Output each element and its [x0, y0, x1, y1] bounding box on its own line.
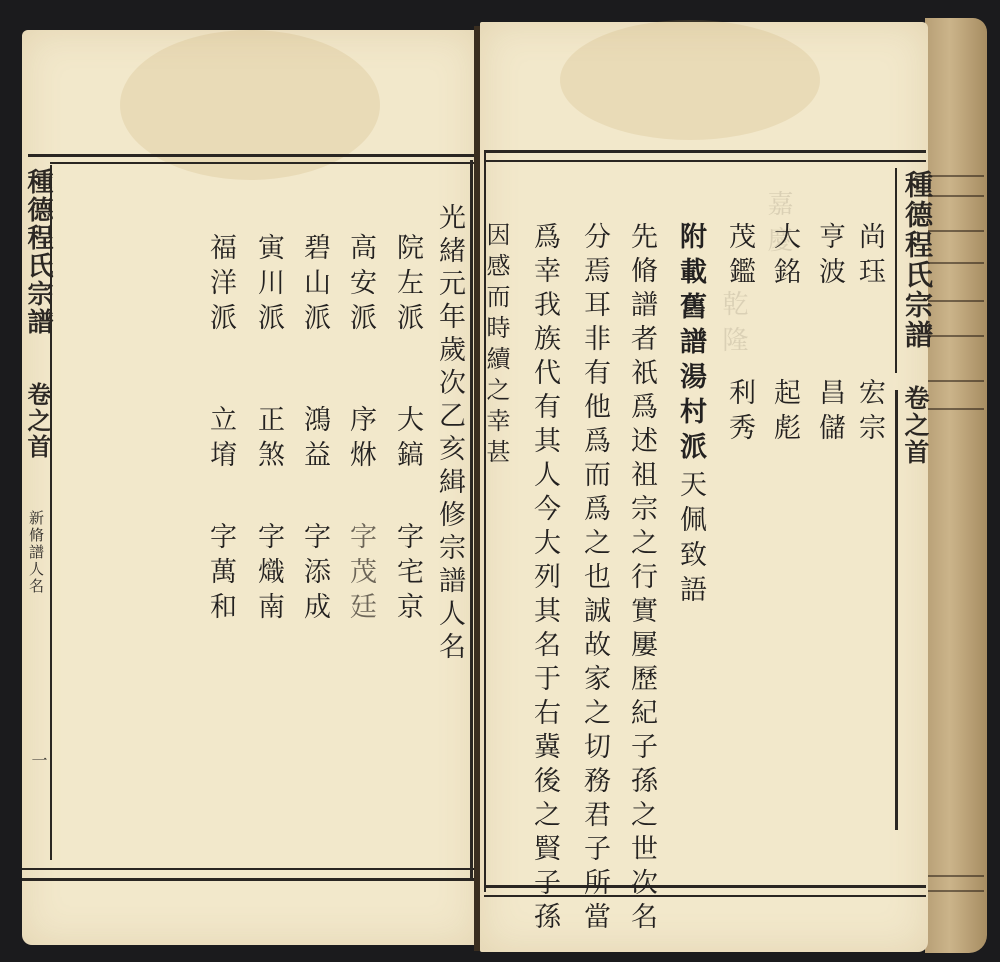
edge-stripe [928, 875, 984, 877]
edge-stripe [928, 408, 984, 410]
page-number: 一 [30, 752, 46, 770]
name-top: 亨波 [816, 222, 843, 292]
member-name: 序烌 [347, 405, 374, 475]
member-name: 鴻益 [301, 405, 328, 475]
water-stain [120, 30, 380, 180]
book-title-banner: 種德程氏宗譜 [897, 170, 937, 350]
branch-name: 福洋派 [207, 233, 234, 338]
left-heading: 光緒元年歲次乙亥緝修宗譜人名 [436, 203, 463, 665]
name-top: 茂鑑 [726, 222, 753, 292]
top-border-rule [484, 150, 926, 153]
name-top: 大銘 [771, 222, 798, 292]
bottom-border-rule [22, 868, 474, 870]
edge-stripe [928, 890, 984, 892]
appended-author: 天佩致語 [677, 470, 704, 610]
member-name: 正煞 [255, 405, 282, 475]
bottom-border-outer-rule [22, 878, 474, 881]
appended-branch-heading: 附載舊譜湯村派 [677, 222, 704, 467]
name-bottom: 起彪 [771, 378, 798, 448]
section-label: 新脩譜人名 [28, 510, 43, 595]
volume-label: 卷之首 [20, 382, 55, 460]
branch-name: 寅川派 [255, 233, 282, 338]
book-title-banner: 種德程氏宗譜 [20, 168, 57, 336]
style-name: 字茂廷 [347, 522, 374, 627]
name-top: 尚珏 [856, 222, 883, 292]
essay-column: 分焉耳非有他爲而爲之也誠故家之切務君子所當 [581, 222, 608, 936]
style-name: 字熾南 [255, 522, 282, 627]
name-bottom: 昌儲 [816, 378, 843, 448]
style-name: 字宅京 [394, 522, 421, 627]
member-name: 立堉 [207, 405, 234, 475]
top-border-inner-rule [50, 162, 474, 164]
essay-column: 爲幸我族代有其人今大列其名于右冀後之賢子孫 [531, 222, 558, 936]
name-bottom: 宏宗 [856, 378, 883, 448]
top-border-inner-rule [486, 160, 926, 162]
branch-name: 碧山派 [301, 233, 328, 338]
branch-name: 院左派 [394, 233, 421, 338]
top-border-rule [28, 154, 474, 157]
member-name: 大鎬 [394, 405, 421, 475]
style-name: 字萬和 [207, 522, 234, 627]
essay-column: 先脩譜者祇爲述祖宗之行實屢歷紀子孫之世次名 [628, 222, 655, 936]
book-page-edge [925, 18, 987, 953]
right-frame-line [470, 160, 473, 880]
name-bottom: 利秀 [726, 378, 753, 448]
water-stain [560, 20, 820, 140]
essay-column: 因感而時續之幸甚 [484, 222, 508, 470]
style-name: 字添成 [301, 522, 328, 627]
show-through-text: 乾隆 [715, 290, 752, 362]
edge-stripe [928, 380, 984, 382]
branch-name: 高安派 [347, 233, 374, 338]
volume-label: 卷之首 [897, 385, 933, 466]
